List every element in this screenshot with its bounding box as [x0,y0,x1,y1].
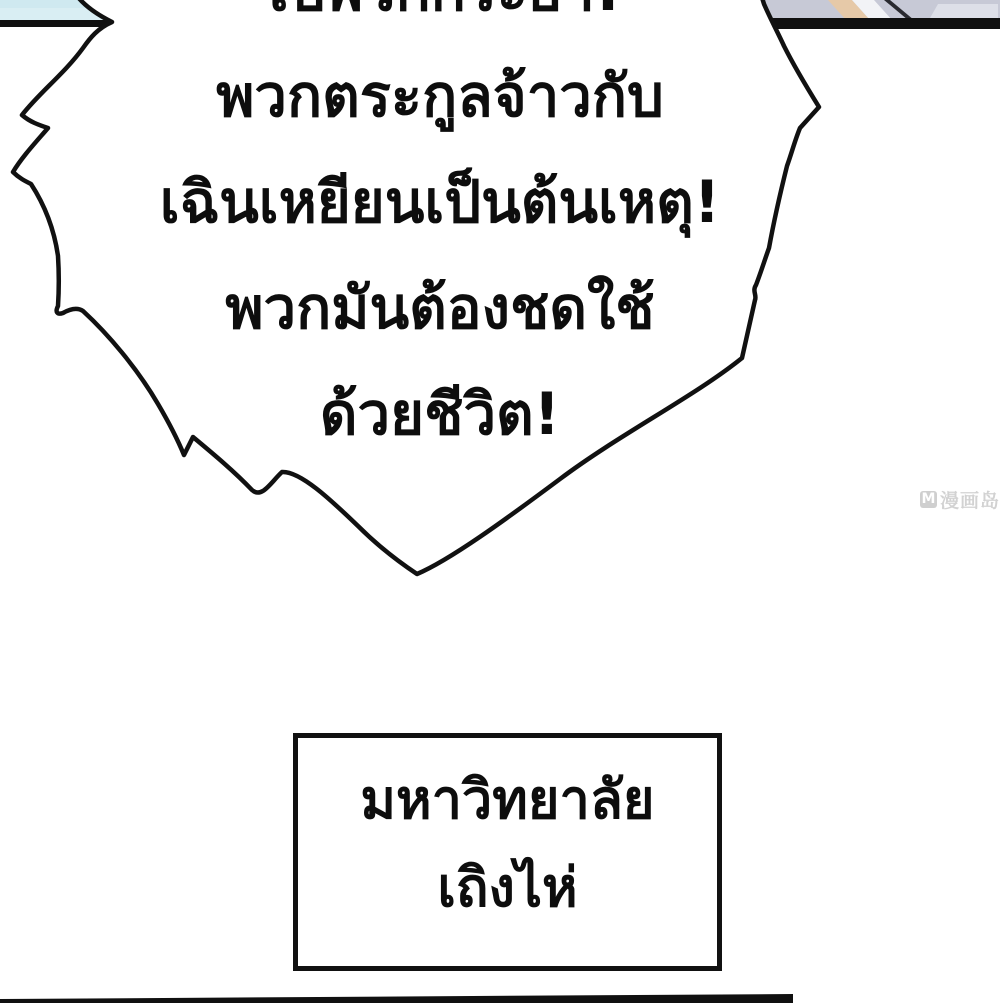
speech-line: ไปพวกกระยา! [100,0,780,43]
comic-page: ไปพวกกระยา! พวกตระกูลจ้าวกับ เฉินเหยียนเ… [0,0,1000,1003]
panel-top-right-border [763,18,1000,29]
watermark: M 漫画岛 [920,486,1000,513]
speech-line: ด้วยชีวิต! [100,361,780,467]
panel-top-right [762,0,1000,29]
location-line: มหาวิทยาลัย [298,756,717,844]
bottom-panel-border [0,994,793,1003]
panel-top-left-border [0,20,112,27]
speech-line: เฉินเหยียนเป็นต้นเหตุ! [100,149,780,255]
watermark-logo-badge: M [920,491,937,508]
speech-line: พวกตระกูลจ้าวกับ [100,43,780,149]
speech-bubble-text: ไปพวกกระยา! พวกตระกูลจ้าวกับ เฉินเหยียนเ… [100,0,780,467]
location-line: เถิงไห่ [298,844,717,932]
speech-line: พวกมันต้องชดใช้ [100,255,780,361]
panel-top-right-light-patch [930,4,998,18]
watermark-text: 漫画岛 [940,486,1000,513]
location-caption-box: มหาวิทยาลัย เถิงไห่ [293,733,722,971]
